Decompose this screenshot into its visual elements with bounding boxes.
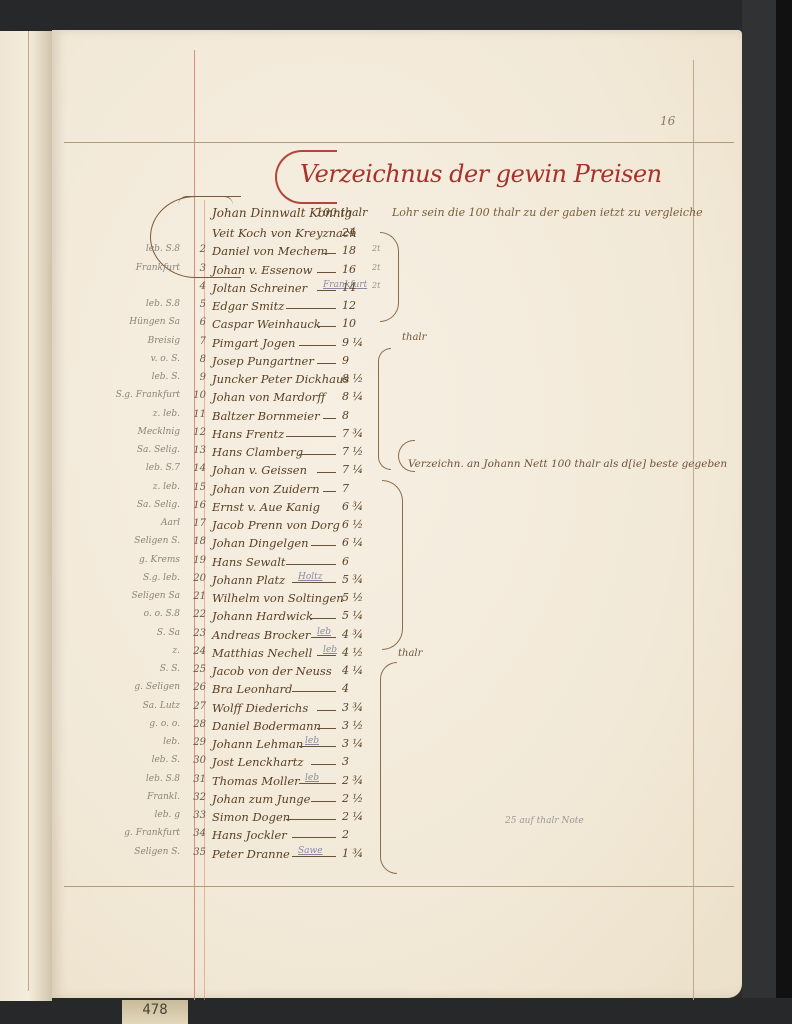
list-item: leb. S.9Juncker Peter Dickhaus8 ½ — [0, 372, 380, 392]
entry-annotation: Sawe — [298, 846, 323, 856]
page-title: Verzeichnus der gewin Preisen — [300, 160, 662, 188]
entry-name: Pimgart Jogen — [212, 336, 295, 350]
list-item: g. Seligen26Bra Leonhard4 — [0, 682, 380, 702]
list-item: S.g. leb.20Johann PlatzHoltz5 ¾ — [0, 573, 380, 593]
list-item: g. o. o.28Daniel Bodermann3 ½ — [0, 719, 380, 739]
entry-leader-line — [323, 491, 336, 492]
entry-amount: 24 — [342, 226, 356, 239]
entry-name: Juncker Peter Dickhaus — [212, 372, 349, 386]
list-item: Sa. Selig.13Hans Clamberg7 ½ — [0, 445, 380, 465]
entry-margin-note: o. o. S.8 — [90, 609, 180, 619]
entry-number: 6 — [182, 317, 206, 328]
list-item: o. o. S.822Johann Hardwick5 ¼ — [0, 609, 380, 629]
entry-margin-note: Sa. Selig. — [90, 500, 180, 510]
entry-name: Hans Jockler — [212, 828, 287, 842]
entry-leader-line — [286, 819, 336, 820]
entry-margin-note: Frankfurt — [90, 263, 180, 273]
entry-margin-note: Aarl — [90, 518, 180, 528]
entry-leader-line — [317, 655, 336, 656]
entry-name: Jacob Prenn von Dorg — [212, 518, 340, 532]
entry-name: Simon Dogen — [212, 810, 290, 824]
entry-margin-note: leb. S.8 — [90, 299, 180, 309]
entry-margin-note: g. Frankfurt — [90, 828, 180, 838]
entry-number: 18 — [182, 536, 206, 547]
entry-name: Matthias Nechell — [212, 646, 312, 660]
list-item: 4Joltan SchreinerFrankfurt142t — [0, 281, 380, 301]
entry-margin-note: leb. S. — [90, 372, 180, 382]
list-item: Breisig7Pimgart Jogen9 ¼ — [0, 336, 380, 356]
binding-edge — [776, 0, 792, 1024]
entry-leader-line — [317, 326, 336, 327]
entry-leader-line — [323, 253, 336, 254]
pencil-annotation: 25 auf thalr Note — [505, 816, 584, 826]
list-item: leb. S.30Jost Lenckhartz3 — [0, 755, 380, 775]
entry-name: Josep Pungartner — [212, 354, 314, 368]
entry-name: Wolff Diederichs — [212, 701, 308, 715]
entry-leader-line — [292, 856, 336, 857]
entry-margin-note: S. S. — [90, 664, 180, 674]
entry-amount: 3 ¼ — [342, 737, 363, 750]
entry-amount: 4 ¼ — [342, 664, 363, 677]
right-margin-rule — [693, 60, 694, 1000]
binding-bottom — [0, 998, 792, 1024]
heading-entry-note: Lohr sein die 100 thalr zu der gaben iet… — [392, 206, 703, 219]
list-item: leb. S.82Daniel von Mechem182t — [0, 244, 380, 264]
entry-margin-note: Sa. Selig. — [90, 445, 180, 455]
entry-leader-line — [286, 564, 336, 565]
entry-name: Daniel Bodermann — [212, 719, 321, 733]
entry-amount: 2 ¾ — [342, 774, 363, 787]
entry-leader-line — [292, 691, 336, 692]
entry-leader-line — [323, 418, 336, 419]
entry-leader-line — [299, 345, 336, 346]
entry-leader-line — [311, 545, 336, 546]
list-item: leb. S.714Johan v. Geissen7 ¼ — [0, 463, 380, 483]
list-item: leb.29Johann Lehmanleb3 ¼ — [0, 737, 380, 757]
entry-number: 29 — [182, 737, 206, 748]
entry-amount: 9 ¼ — [342, 336, 363, 349]
entry-amount: 9 — [342, 354, 349, 367]
entry-number: 30 — [182, 755, 206, 766]
entry-name: Johan zum Junge — [212, 792, 310, 806]
entry-name: Baltzer Bornmeier — [212, 409, 320, 423]
entry-amount: 6 ½ — [342, 518, 363, 531]
archive-tag: 478 — [122, 1000, 188, 1024]
entry-margin-note: leb. S.8 — [90, 244, 180, 254]
entry-name: Andreas Brocker — [212, 628, 310, 642]
entry-number: 20 — [182, 573, 206, 584]
brace-group-2 — [378, 348, 391, 470]
entry-margin-note: Seligen S. — [90, 847, 180, 857]
initial-j-flourish — [178, 196, 233, 205]
entry-name: Hans Frentz — [212, 427, 284, 441]
entry-annotation: leb — [305, 736, 319, 746]
entry-margin-note: Mecklnig — [90, 427, 180, 437]
entry-leader-line — [286, 436, 336, 437]
entry-number: 11 — [182, 409, 206, 420]
list-item: leb. g33Simon Dogen2 ¼ — [0, 810, 380, 830]
entry-number: 34 — [182, 828, 206, 839]
entry-amount: 7 ¼ — [342, 463, 363, 476]
entry-name: Hans Clamberg — [212, 445, 303, 459]
entry-number: 2 — [182, 244, 206, 255]
entry-margin-note: Sa. Lutz — [90, 701, 180, 711]
entry-amount: 6 ¼ — [342, 536, 363, 549]
entry-amount: 4 ¾ — [342, 628, 363, 641]
list-item: z. leb.11Baltzer Bornmeier8 — [0, 409, 380, 429]
entry-name: Ernst v. Aue Kanig — [212, 500, 320, 514]
list-item: Frankl.32Johan zum Junge2 ½ — [0, 792, 380, 812]
entry-name: Johan von Mardorff — [212, 390, 325, 404]
entry-margin-note: leb. g — [90, 810, 180, 820]
entry-amount: 2 — [342, 828, 349, 841]
entry-margin-note: leb. S. — [90, 755, 180, 765]
entry-name: Daniel von Mechem — [212, 244, 328, 258]
entry-number: 32 — [182, 792, 206, 803]
brace-label-2: thalr — [398, 648, 422, 659]
list-item: S. S.25Jacob von der Neuss4 ¼ — [0, 664, 380, 684]
entry-name: Johann Platz — [212, 573, 285, 587]
entry-number: 4 — [182, 281, 206, 292]
entry-margin-note: Breisig — [90, 336, 180, 346]
entry-name: Johan Dingelgen — [212, 536, 309, 550]
entry-name: Peter Dranne — [212, 847, 290, 861]
binding-top — [0, 0, 792, 32]
entry-number: 26 — [182, 682, 206, 693]
entry-margin-note: g. Seligen — [90, 682, 180, 692]
list-item: Hüngen Sa6Caspar Weinhauck10 — [0, 317, 380, 337]
list-item: Mecklnig12Hans Frentz7 ¾ — [0, 427, 380, 447]
entry-number: 19 — [182, 555, 206, 566]
entry-number: 16 — [182, 500, 206, 511]
side-note: Verzeichn. an Johann Nett 100 thalr als … — [408, 458, 727, 470]
entry-leader-line — [317, 290, 336, 291]
entry-amount: 3 — [342, 755, 349, 768]
entry-name: Johan von Zuidern — [212, 482, 320, 496]
entry-amount: 2 ½ — [342, 792, 363, 805]
entry-margin-note: Hüngen Sa — [90, 317, 180, 327]
list-item: Seligen S.18Johan Dingelgen6 ¼ — [0, 536, 380, 556]
list-item: g. Krems19Hans Sewalt6 — [0, 555, 380, 575]
entry-name: Jacob von der Neuss — [212, 664, 332, 678]
entry-margin-note: leb. — [90, 737, 180, 747]
entry-leader-line — [311, 801, 336, 802]
entry-amount: 16 — [342, 263, 356, 276]
entry-number: 24 — [182, 646, 206, 657]
entry-amount: 8 — [342, 409, 349, 422]
entry-margin-note: z. leb. — [90, 482, 180, 492]
entry-name: Johan v. Essenow — [212, 263, 312, 277]
top-rule — [64, 142, 734, 143]
entry-number: 13 — [182, 445, 206, 456]
entry-amount: 2 ¼ — [342, 810, 363, 823]
entry-margin-note: z. — [90, 646, 180, 656]
entry-margin-note: Frankl. — [90, 792, 180, 802]
entry-margin-note: S.g. Frankfurt — [90, 390, 180, 400]
entry-number: 27 — [182, 701, 206, 712]
list-item: leb. S.85Edgar Smitz12 — [0, 299, 380, 319]
entry-annotation: leb — [317, 627, 331, 637]
entry-amount: 6 ¾ — [342, 500, 363, 513]
entry-name: Johann Lehman — [212, 737, 303, 751]
list-item: g. Frankfurt34Hans Jockler2 — [0, 828, 380, 848]
entry-amount: 18 — [342, 244, 356, 257]
brace-group-1 — [380, 232, 399, 322]
entry-amount: 8 ½ — [342, 372, 363, 385]
list-item: leb. S.831Thomas Mollerleb2 ¾ — [0, 774, 380, 794]
list-item: Veit Koch von Kreyznach24 — [0, 226, 380, 246]
entry-amount: 5 ¼ — [342, 609, 363, 622]
entry-annotation: Holtz — [298, 572, 323, 582]
brace-group-4 — [380, 662, 397, 874]
list-item: Aarl17Jacob Prenn von Dorg6 ½ — [0, 518, 380, 538]
entry-margin-note: v. o. S. — [90, 354, 180, 364]
entry-number: 31 — [182, 774, 206, 785]
list-item: S.g. Frankfurt10Johan von Mardorff8 ¼ — [0, 390, 380, 410]
list-item: Sa. Lutz27Wolff Diederichs3 ¾ — [0, 701, 380, 721]
list-item: z. leb.15Johan von Zuidern7 — [0, 482, 380, 502]
folio-number: 16 — [660, 114, 675, 128]
heading-entry: Johan Dinnwalt Konnig 100 thalr — [0, 206, 380, 226]
entry-amount: 10 — [342, 317, 356, 330]
brace-group-3 — [382, 480, 403, 650]
entry-name: Thomas Moller — [212, 774, 300, 788]
entry-margin-note: Seligen S. — [90, 536, 180, 546]
list-item: Seligen Sa21Wilhelm von Soltingen5 ½ — [0, 591, 380, 611]
entry-margin-note: z. leb. — [90, 409, 180, 419]
entry-amount: 3 ½ — [342, 719, 363, 732]
entry-annotation: leb — [305, 773, 319, 783]
entry-leader-line — [299, 746, 336, 747]
entry-leader-line — [317, 472, 336, 473]
entry-annotation: leb — [323, 645, 337, 655]
entry-amount: 3 ¾ — [342, 701, 363, 714]
entry-leader-line — [299, 783, 336, 784]
entry-number: 3 — [182, 263, 206, 274]
entry-margin-note: leb. S.7 — [90, 463, 180, 473]
brace-label-1: thalr — [402, 332, 426, 343]
entry-name: Hans Sewalt — [212, 555, 286, 569]
entry-number: 25 — [182, 664, 206, 675]
entry-number: 14 — [182, 463, 206, 474]
entry-leader-line — [311, 764, 336, 765]
entry-margin-note: Seligen Sa — [90, 591, 180, 601]
entry-leader-line — [299, 454, 336, 455]
entry-leader-line — [317, 363, 336, 364]
entry-number: 23 — [182, 628, 206, 639]
entry-amount: 5 ½ — [342, 591, 363, 604]
entry-number: 7 — [182, 336, 206, 347]
list-item: Sa. Selig.16Ernst v. Aue Kanig6 ¾ — [0, 500, 380, 520]
entry-amount: 4 — [342, 682, 349, 695]
entry-name: Edgar Smitz — [212, 299, 284, 313]
entry-margin-note: S.g. leb. — [90, 573, 180, 583]
entry-leader-line — [286, 308, 336, 309]
entry-name: Jost Lenckhartz — [212, 755, 303, 769]
entry-amount: 7 ½ — [342, 445, 363, 458]
entry-amount: 14 — [342, 281, 356, 294]
entry-leader-line — [292, 837, 336, 838]
entry-margin-note: g. Krems — [90, 555, 180, 565]
entry-margin-note: leb. S.8 — [90, 774, 180, 784]
entry-leader-line — [317, 272, 336, 273]
entry-name: Johan v. Geissen — [212, 463, 307, 477]
list-item: z.24Matthias Nechellleb4 ½ — [0, 646, 380, 666]
heading-entry-amount: 100 thalr — [316, 206, 367, 219]
entry-name: Caspar Weinhauck — [212, 317, 321, 331]
entry-number: 15 — [182, 482, 206, 493]
bottom-rule — [64, 886, 734, 887]
entry-margin-note: S. Sa — [90, 628, 180, 638]
entry-name: Veit Koch von Kreyznach — [212, 226, 357, 240]
entry-leader-line — [317, 710, 336, 711]
list-item: v. o. S.8Josep Pungartner9 — [0, 354, 380, 374]
entry-name: Bra Leonhard — [212, 682, 292, 696]
entry-number: 22 — [182, 609, 206, 620]
entry-number: 28 — [182, 719, 206, 730]
entry-leader-line — [292, 582, 336, 583]
entry-amount: 5 ¾ — [342, 573, 363, 586]
entry-amount: 6 — [342, 555, 349, 568]
list-item: Seligen S.35Peter DranneSawe1 ¾ — [0, 847, 380, 867]
entry-leader-line — [311, 637, 336, 638]
entry-name: Wilhelm von Soltingen — [212, 591, 344, 605]
entry-number: 33 — [182, 810, 206, 821]
entry-margin-note: g. o. o. — [90, 719, 180, 729]
entry-amount: 8 ¼ — [342, 390, 363, 403]
entry-number: 35 — [182, 847, 206, 858]
entry-number: 5 — [182, 299, 206, 310]
entry-number: 9 — [182, 372, 206, 383]
entry-leader-line — [311, 618, 336, 619]
entry-amount: 7 ¾ — [342, 427, 363, 440]
entry-amount: 7 — [342, 482, 349, 495]
entry-number: 12 — [182, 427, 206, 438]
entry-number: 8 — [182, 354, 206, 365]
entry-amount: 12 — [342, 299, 356, 312]
entry-leader-line — [317, 728, 336, 729]
entry-name: Johann Hardwick — [212, 609, 313, 623]
entry-number: 21 — [182, 591, 206, 602]
entry-number: 10 — [182, 390, 206, 401]
entry-amount: 1 ¾ — [342, 847, 363, 860]
entry-name: Joltan Schreiner — [212, 281, 307, 295]
entry-number: 17 — [182, 518, 206, 529]
entry-amount: 4 ½ — [342, 646, 363, 659]
